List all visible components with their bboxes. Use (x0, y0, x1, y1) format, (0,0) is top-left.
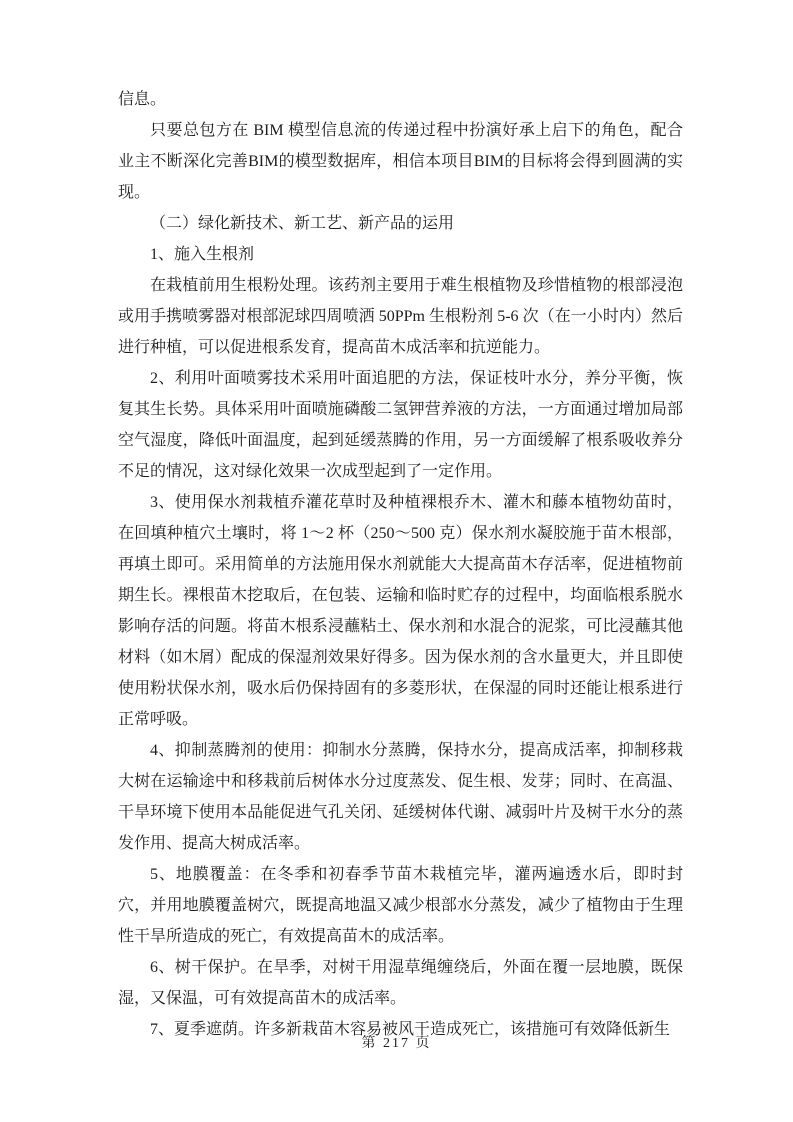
paragraph: 只要总包方在 BIM 模型信息流的传递过程中扮演好承上启下的角色，配合业主不断深… (118, 115, 683, 208)
paragraph-section-heading: （二）绿化新技术、新工艺、新产品的运用 (118, 208, 683, 239)
paragraph-item-heading: 1、施入生根剂 (118, 239, 683, 270)
paragraph: 5、地膜覆盖：在冬季和初春季节苗木栽植完毕，灌两遍透水后，即时封穴，并用地膜覆盖… (118, 859, 683, 952)
paragraph: 2、利用叶面喷雾技术采用叶面追肥的方法，保证枝叶水分，养分平衡，恢复其生长势。具… (118, 363, 683, 487)
paragraph: 在栽植前用生根粉处理。该药剂主要用于难生根植物及珍惜植物的根部浸泡或用手携喷雾器… (118, 270, 683, 363)
page-number-label: 第 217 页 (362, 1036, 432, 1051)
paragraph: 6、树干保护。在旱季，对树干用湿草绳缠绕后，外面在覆一层地膜，既保湿，又保温，可… (118, 952, 683, 1014)
paragraph: 信息。 (118, 84, 683, 115)
page-footer: 第 217 页 (0, 1033, 793, 1055)
paragraph: 4、抑制蒸腾剂的使用：抑制水分蒸腾，保持水分，提高成活率，抑制移栽大树在运输途中… (118, 735, 683, 859)
paragraph: 3、使用保水剂栽植乔灌花草时及种植裸根乔木、灌木和藤本植物幼苗时，在回填种植穴土… (118, 487, 683, 735)
document-body: 信息。 只要总包方在 BIM 模型信息流的传递过程中扮演好承上启下的角色，配合业… (118, 84, 683, 1045)
document-page: 信息。 只要总包方在 BIM 模型信息流的传递过程中扮演好承上启下的角色，配合业… (0, 0, 793, 1122)
